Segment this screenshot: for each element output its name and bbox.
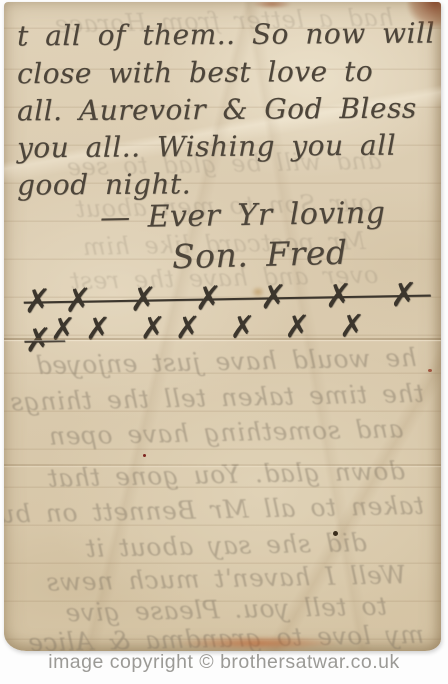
handwritten-line: close with best love to xyxy=(17,55,373,90)
kisses-row: ✗✗ ✗✗ ✗ ✗ ✗ xyxy=(50,308,374,347)
handwritten-line: you all.. Wishing you all xyxy=(17,129,396,165)
letter-photograph: had a letter from Horace and will be gla… xyxy=(0,0,448,684)
handwritten-line: good night. xyxy=(17,167,191,201)
signoff-line: — Ever Yr loving xyxy=(100,196,386,236)
fold-crease xyxy=(4,464,441,466)
handwritten-line: all. Aurevoir & God Bless xyxy=(17,92,417,128)
letter-paper: had a letter from Horace and will be gla… xyxy=(4,2,441,651)
watermark: image copyright © brothersatwar.co.uk xyxy=(0,651,448,674)
fold-crease xyxy=(4,338,441,340)
handwritten-line: t all of them.. So now will xyxy=(17,17,435,53)
signature: Son. Fred xyxy=(172,233,349,277)
